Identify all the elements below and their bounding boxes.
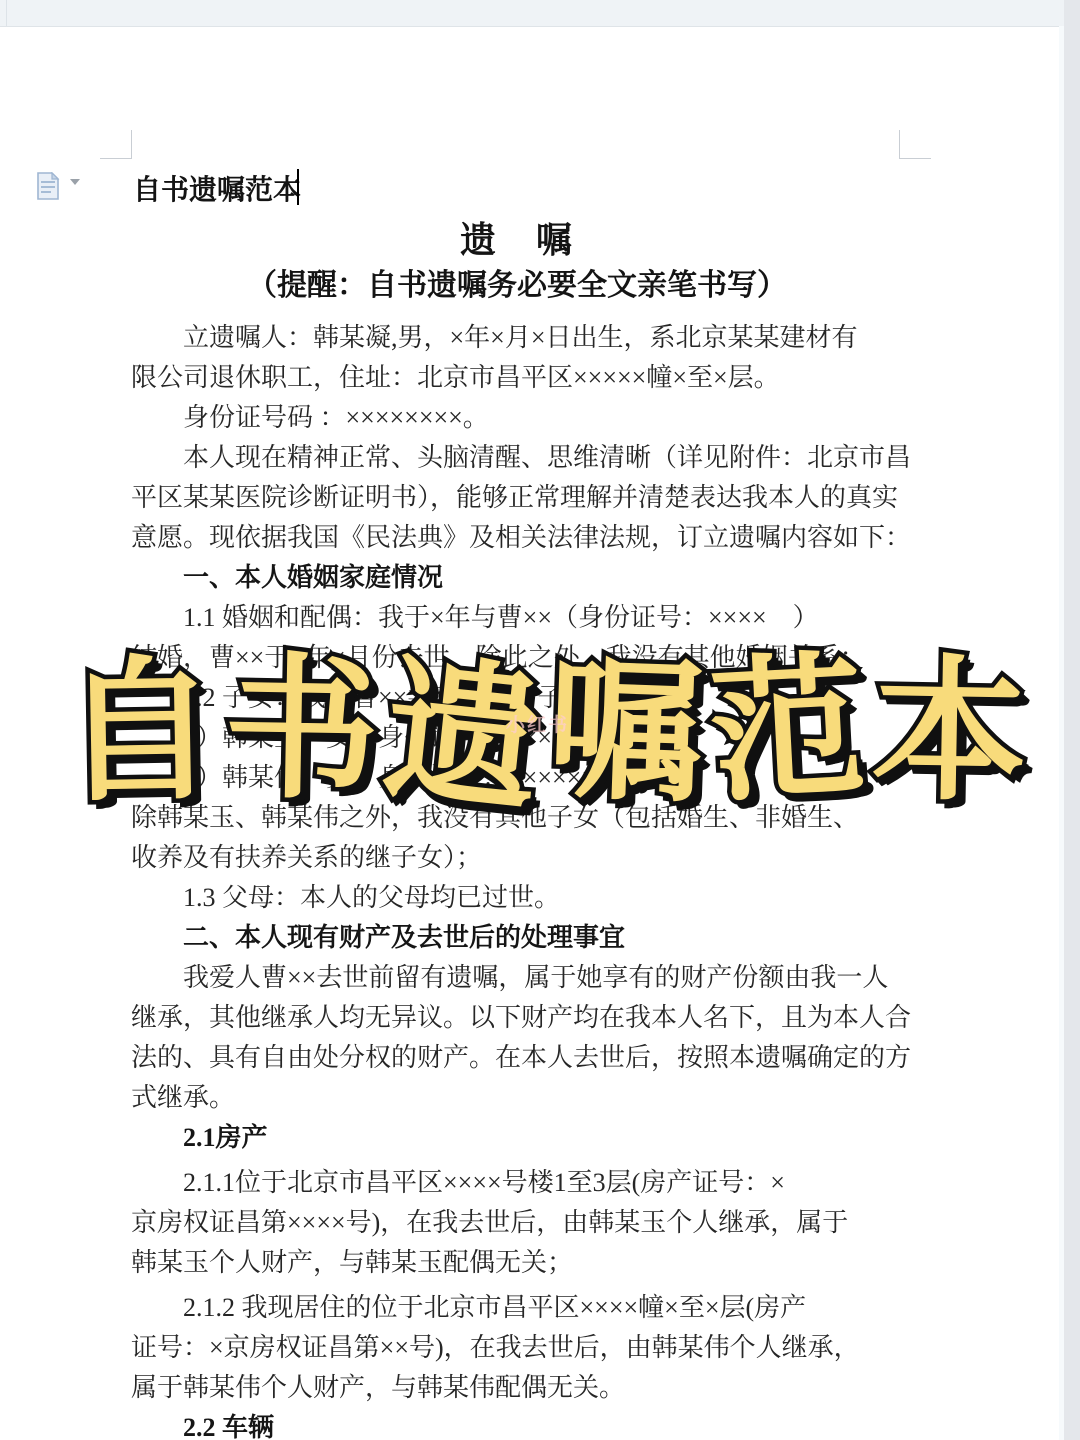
- document-body: 立遗嘱人：韩某凝,男，×年×月×日出生，系北京某某建材有限公司退休职工，住址：北…: [131, 318, 921, 1440]
- window-edge-line: [6, 0, 7, 26]
- text-line: 平区某某医院诊断证明书），能够正常理解并清楚表达我本人的真实: [131, 478, 921, 518]
- chevron-down-icon: [70, 179, 80, 185]
- text-line: 2.1.2 我现居住的位于北京市昌平区××××幢×至×层(房产: [131, 1288, 921, 1328]
- text-line: 1.1 婚姻和配偶：我于×年与曹××（身份证号：×××× ）: [131, 598, 921, 638]
- will-subtitle: （提醒：自书遗嘱务必要全文亲笔书写）: [131, 260, 903, 304]
- text-line: 一、本人婚姻家庭情况: [131, 558, 921, 598]
- text-line: 本人现在精神正常、头脑清醒、思维清晰（详见附件：北京市昌: [131, 438, 921, 478]
- text-line: 2.1.1位于北京市昌平区××××号楼1至3层(房产证号：×: [131, 1163, 921, 1203]
- will-title: 遗 嘱: [131, 212, 903, 263]
- margin-mark-left: [100, 130, 132, 159]
- text-line: 收养及有扶养关系的继子女）；: [131, 838, 921, 878]
- text-line: 继承，其他继承人均无异议。以下财产均在我本人名下，且为本人合: [131, 998, 921, 1038]
- text-line: 属于韩某伟个人财产，与韩某伟配偶无关。: [131, 1368, 921, 1408]
- text-line: 2）韩某伟，男，身份证号：××××××××；: [131, 758, 921, 798]
- text-line: 1.3 父母：本人的父母均已过世。: [131, 878, 921, 918]
- text-line: 韩某玉个人财产，与韩某玉配偶无关；: [131, 1243, 921, 1283]
- text-line: 结婚，曹××于×年×月份去世，除此之外，我没有其他婚姻关系；: [131, 638, 921, 678]
- text-cursor: [297, 169, 299, 205]
- text-line: 身份证号码 ：××××××××。: [131, 398, 921, 438]
- text-line: 法的、具有自由处分权的财产。在本人去世后，按照本遗嘱确定的方: [131, 1038, 921, 1078]
- text-line: 除韩某玉、韩某伟之外，我没有其他子女（包括婚生、非婚生、: [131, 798, 921, 838]
- text-line: 证号：×京房权证昌第××号)，在我去世后，由韩某伟个人继承，: [131, 1328, 921, 1368]
- document-heading-text: 自书遗嘱范本: [133, 175, 301, 206]
- window-top-band: [0, 0, 1080, 27]
- text-line: 二、本人现有财产及去世后的处理事宜: [131, 918, 921, 958]
- document-heading: 自书遗嘱范本: [133, 168, 299, 208]
- document-icon: [36, 172, 60, 200]
- scrollbar-track[interactable]: [1064, 0, 1080, 1440]
- text-line: 京房权证昌第××××号)，在我去世后，由韩某玉个人继承，属于: [131, 1203, 921, 1243]
- text-line: 立遗嘱人：韩某凝,男，×年×月×日出生，系北京某某建材有: [131, 318, 921, 358]
- xiaohongshu-watermark: 小红书: [506, 710, 569, 737]
- text-line: 2.2 车辆: [131, 1408, 921, 1440]
- text-line: 式继承。: [131, 1078, 921, 1118]
- text-line: 2.1房产: [131, 1118, 921, 1158]
- text-line: 限公司退休职工，住址：北京市昌平区×××××幢×至×层。: [131, 358, 921, 398]
- text-line: 意愿。现依据我国《民法典》及相关法律法规，订立遗嘱内容如下：: [131, 518, 921, 558]
- text-line: 我爱人曹××去世前留有遗嘱，属于她享有的财产份额由我一人: [131, 958, 921, 998]
- margin-mark-right: [899, 130, 931, 159]
- outline-widget-button[interactable]: [36, 172, 88, 202]
